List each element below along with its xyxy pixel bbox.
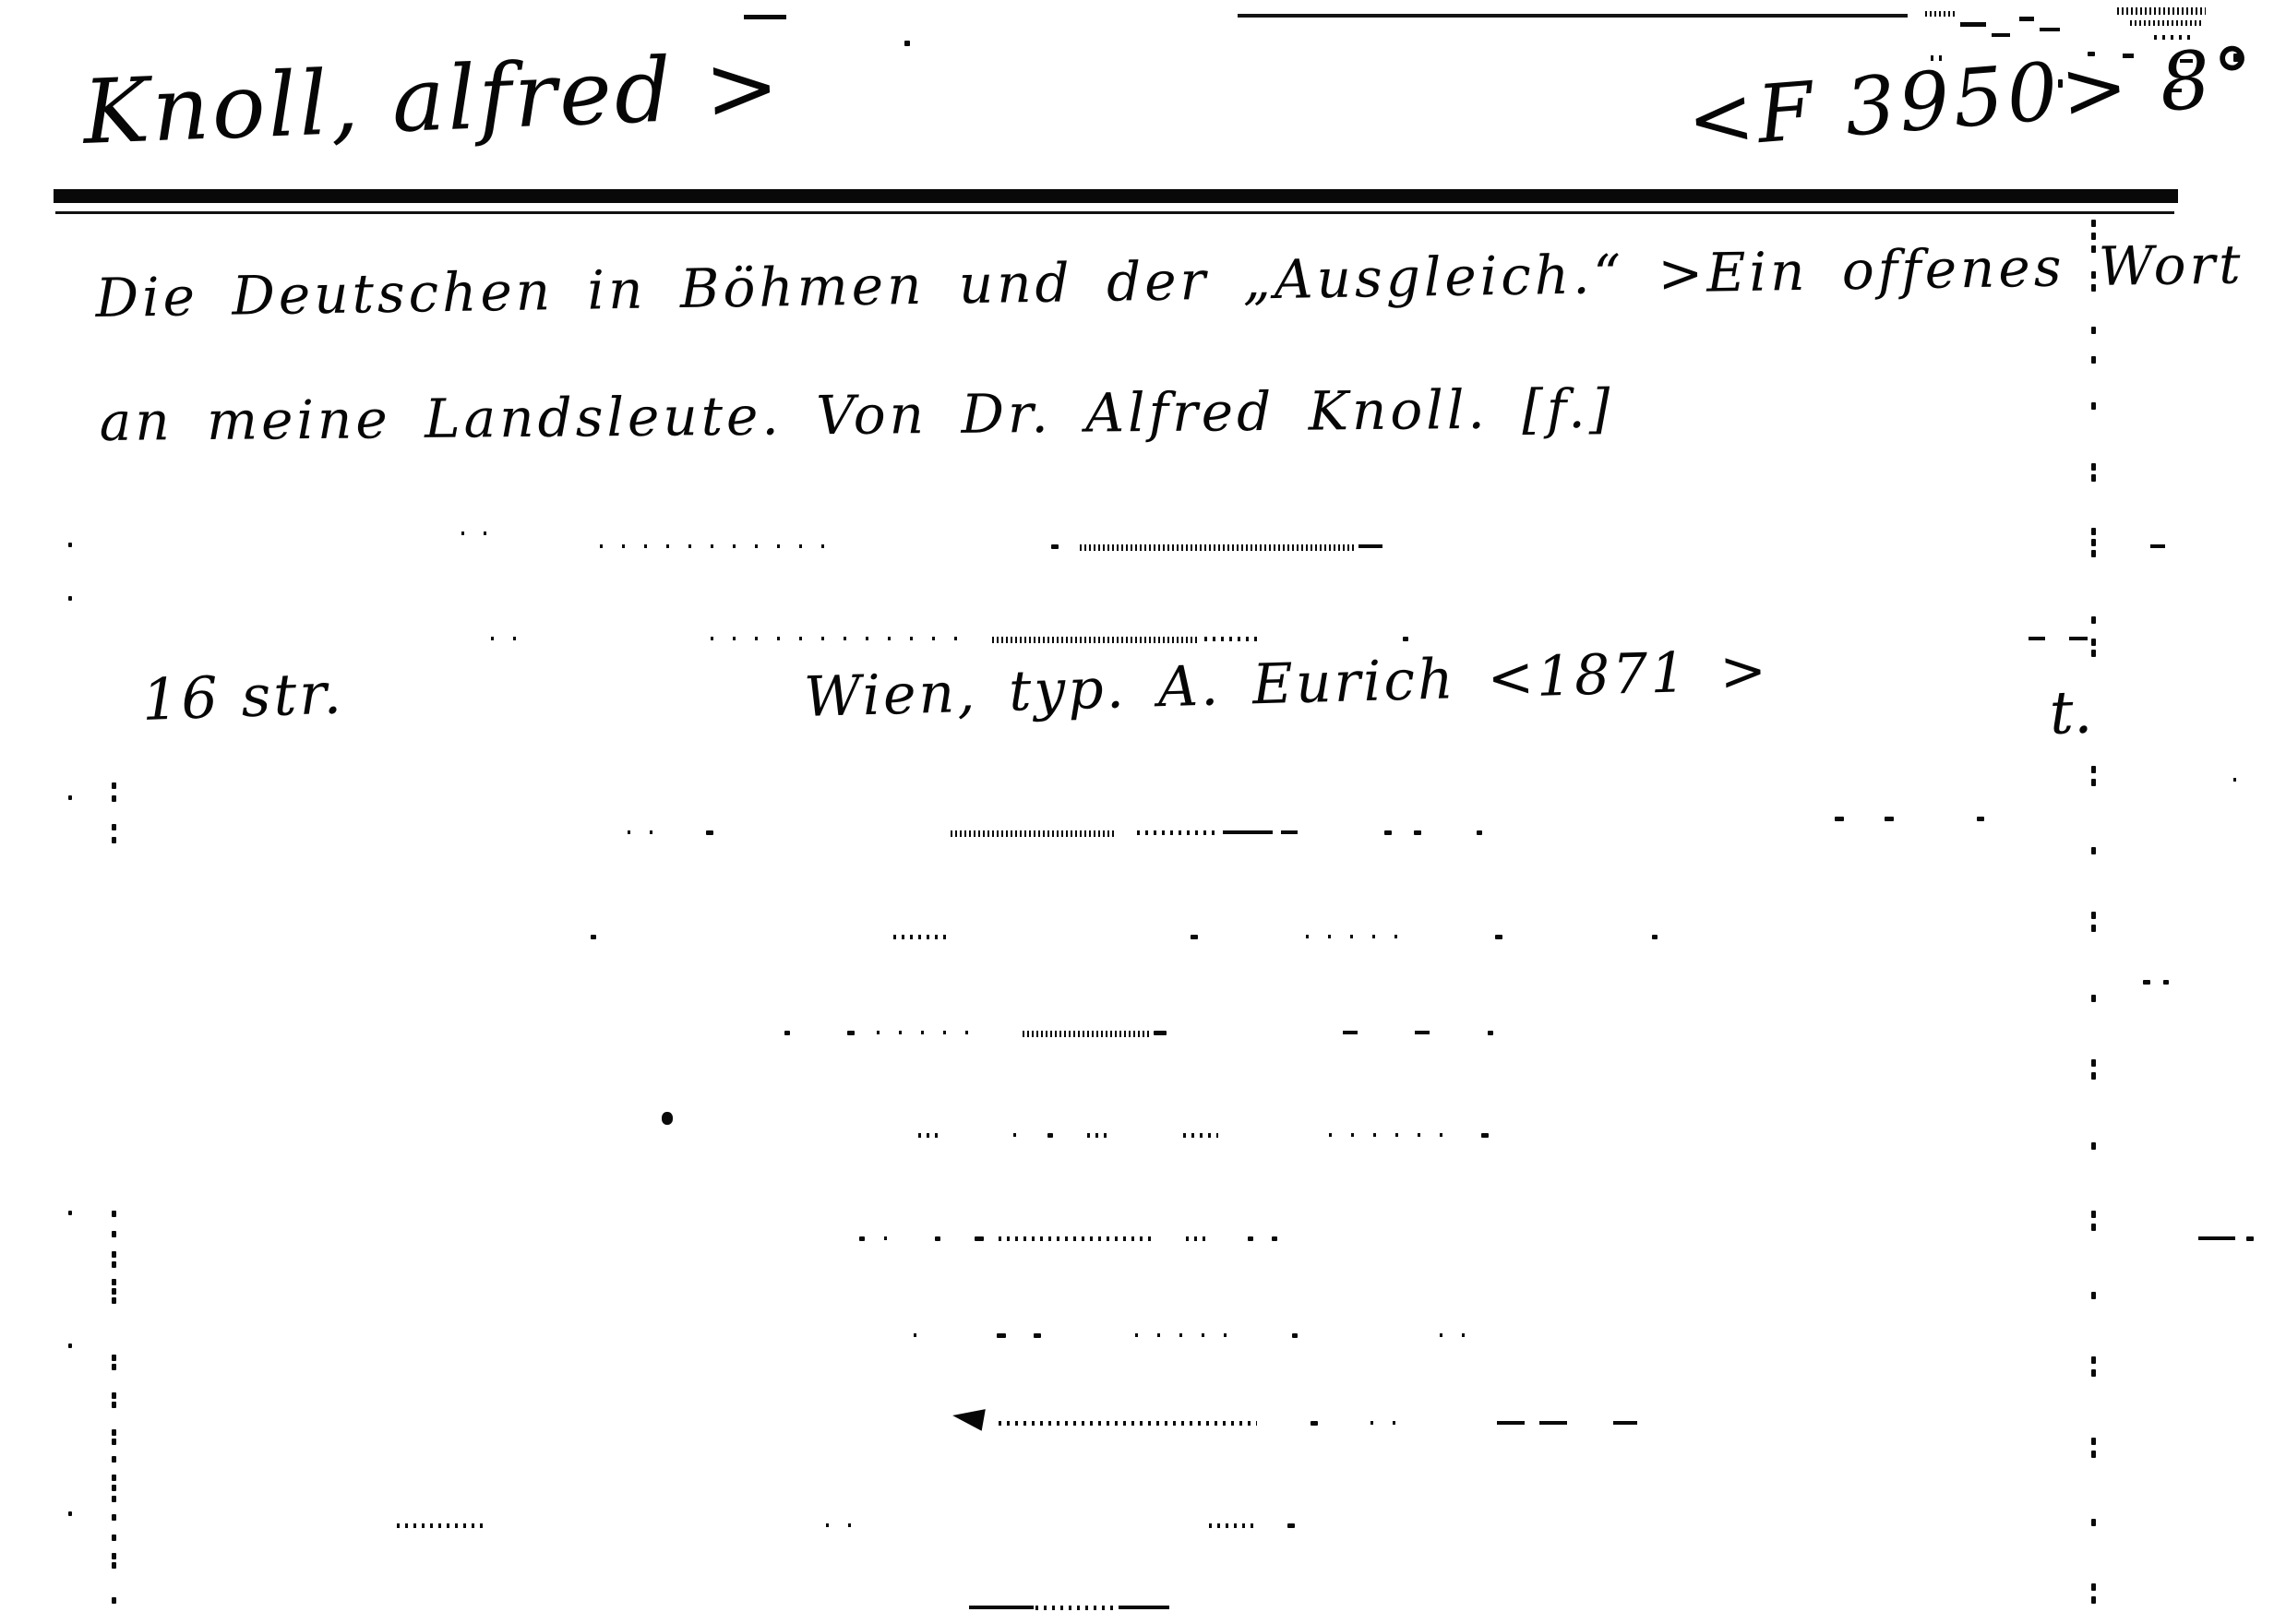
imprint-line: Wien, typ. A. Eurich <1871 > — [803, 643, 1769, 725]
title-line-2: an meine Landsleute. Von Dr. Alfred Knol… — [99, 382, 1613, 448]
signature-mark: t. — [2049, 683, 2093, 744]
title-line-1: Die Deutschen in Böhmen und der „Ausglei… — [95, 237, 2244, 325]
arrow-artifact — [951, 1403, 986, 1431]
author-heading: Knoll, alfred > — [81, 42, 783, 157]
header-rule-thin — [55, 211, 2174, 214]
shelfmark: <F 3950> 8° — [1684, 37, 2260, 161]
catalog-card: Knoll, alfred > <F 3950> 8° Die Deutsche… — [0, 0, 2274, 1624]
header-rule-thick — [54, 189, 2178, 203]
collation-note: 16 str. — [141, 664, 345, 729]
